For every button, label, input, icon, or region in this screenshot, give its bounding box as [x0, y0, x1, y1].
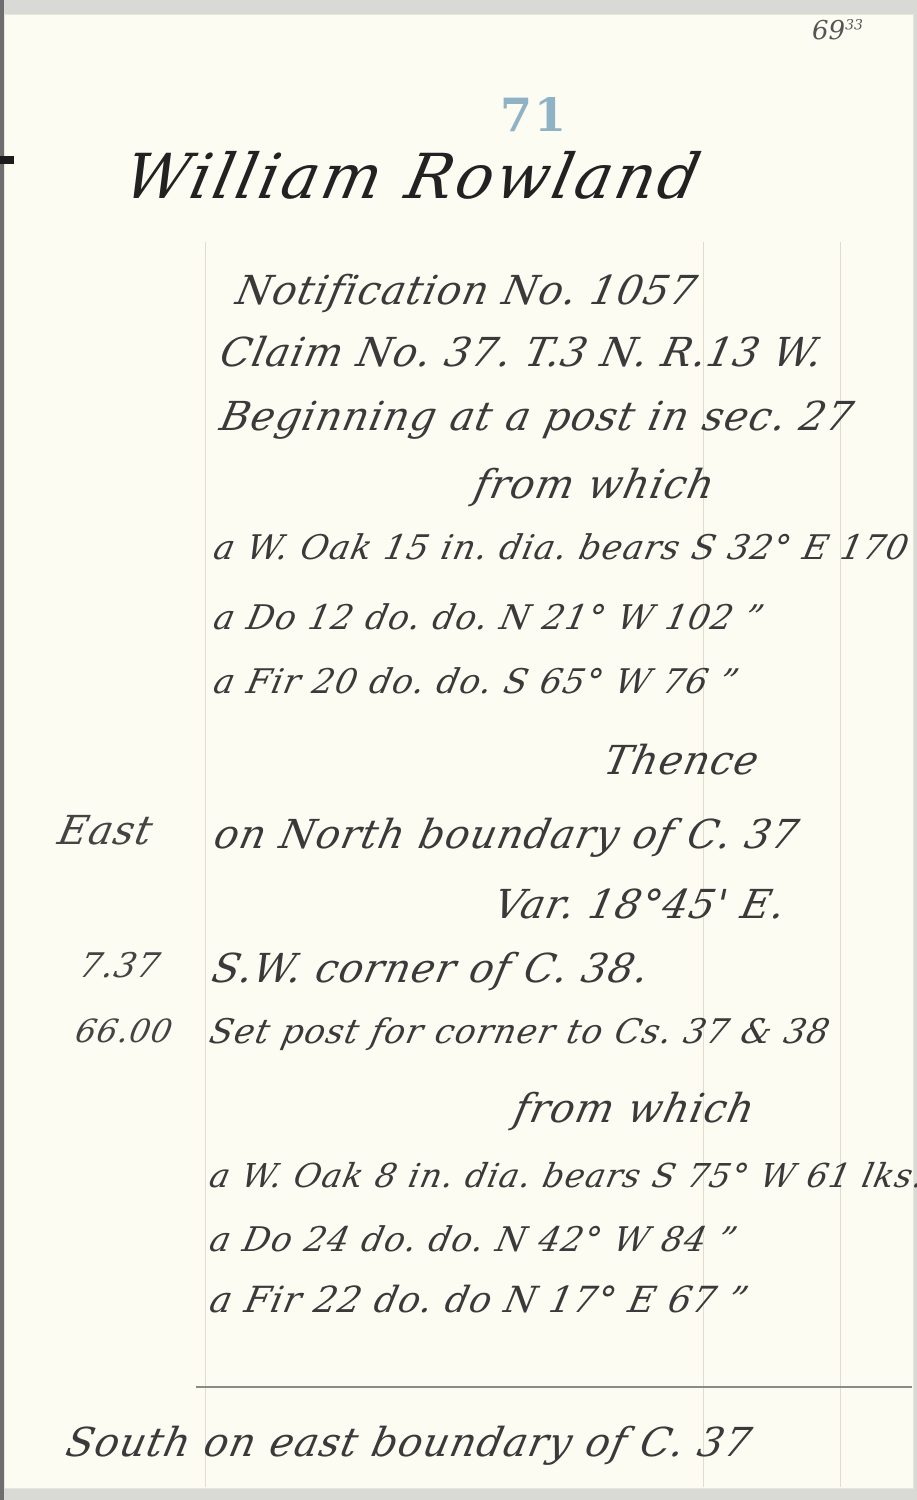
claim-line: Claim No. 37. T.3 N. R.13 W.: [216, 330, 827, 376]
folio-superscript: 33: [845, 17, 863, 33]
station-distance: 66.00: [72, 1012, 177, 1050]
beginning-line: Beginning at a post in sec. 27: [216, 394, 858, 440]
station-text: Set post for corner to Cs. 37 & 38: [206, 1012, 834, 1052]
thence-label: Thence: [600, 738, 764, 784]
notification-line: Notification No. 1057: [232, 268, 702, 314]
section-divider-rule: [196, 1386, 912, 1388]
bearing-tree-row: a Do 12 do. do. N 21° W 102 ”: [210, 598, 768, 638]
from-which-line-2: from which: [510, 1086, 759, 1132]
folio-number: 6933: [812, 16, 863, 46]
ledger-page: [4, 14, 914, 1489]
from-which-line: from which: [470, 462, 719, 508]
bearing-tree-row: a Fir 22 do. do N 17° E 67 ”: [206, 1280, 753, 1321]
station-distance: 7.37: [76, 946, 164, 986]
bearing-tree-row: a Fir 20 do. do. S 65° W 76 ”: [210, 662, 743, 702]
course-direction-east: East: [54, 808, 157, 854]
margin-rule-left: [205, 242, 206, 1487]
claimant-name: William Rowland: [118, 140, 709, 213]
bearing-tree-row: a W. Oak 15 in. dia. bears S 32° E 170 l…: [210, 528, 917, 568]
variation-text: Var. 18°45' E.: [490, 882, 790, 928]
page-tab-mark: [0, 156, 14, 164]
bearing-tree-row: a W. Oak 8 in. dia. bears S 75° W 61 lks…: [206, 1156, 917, 1195]
course-1-text: on North boundary of C. 37: [210, 812, 803, 858]
station-text: S.W. corner of C. 38.: [208, 946, 654, 992]
bearing-tree-row: a Do 24 do. do. N 42° W 84 ”: [206, 1220, 742, 1260]
folio-main: 69: [812, 16, 845, 46]
course-2-text: South on east boundary of C. 37: [62, 1420, 756, 1466]
stamp-number: 71: [500, 88, 568, 142]
